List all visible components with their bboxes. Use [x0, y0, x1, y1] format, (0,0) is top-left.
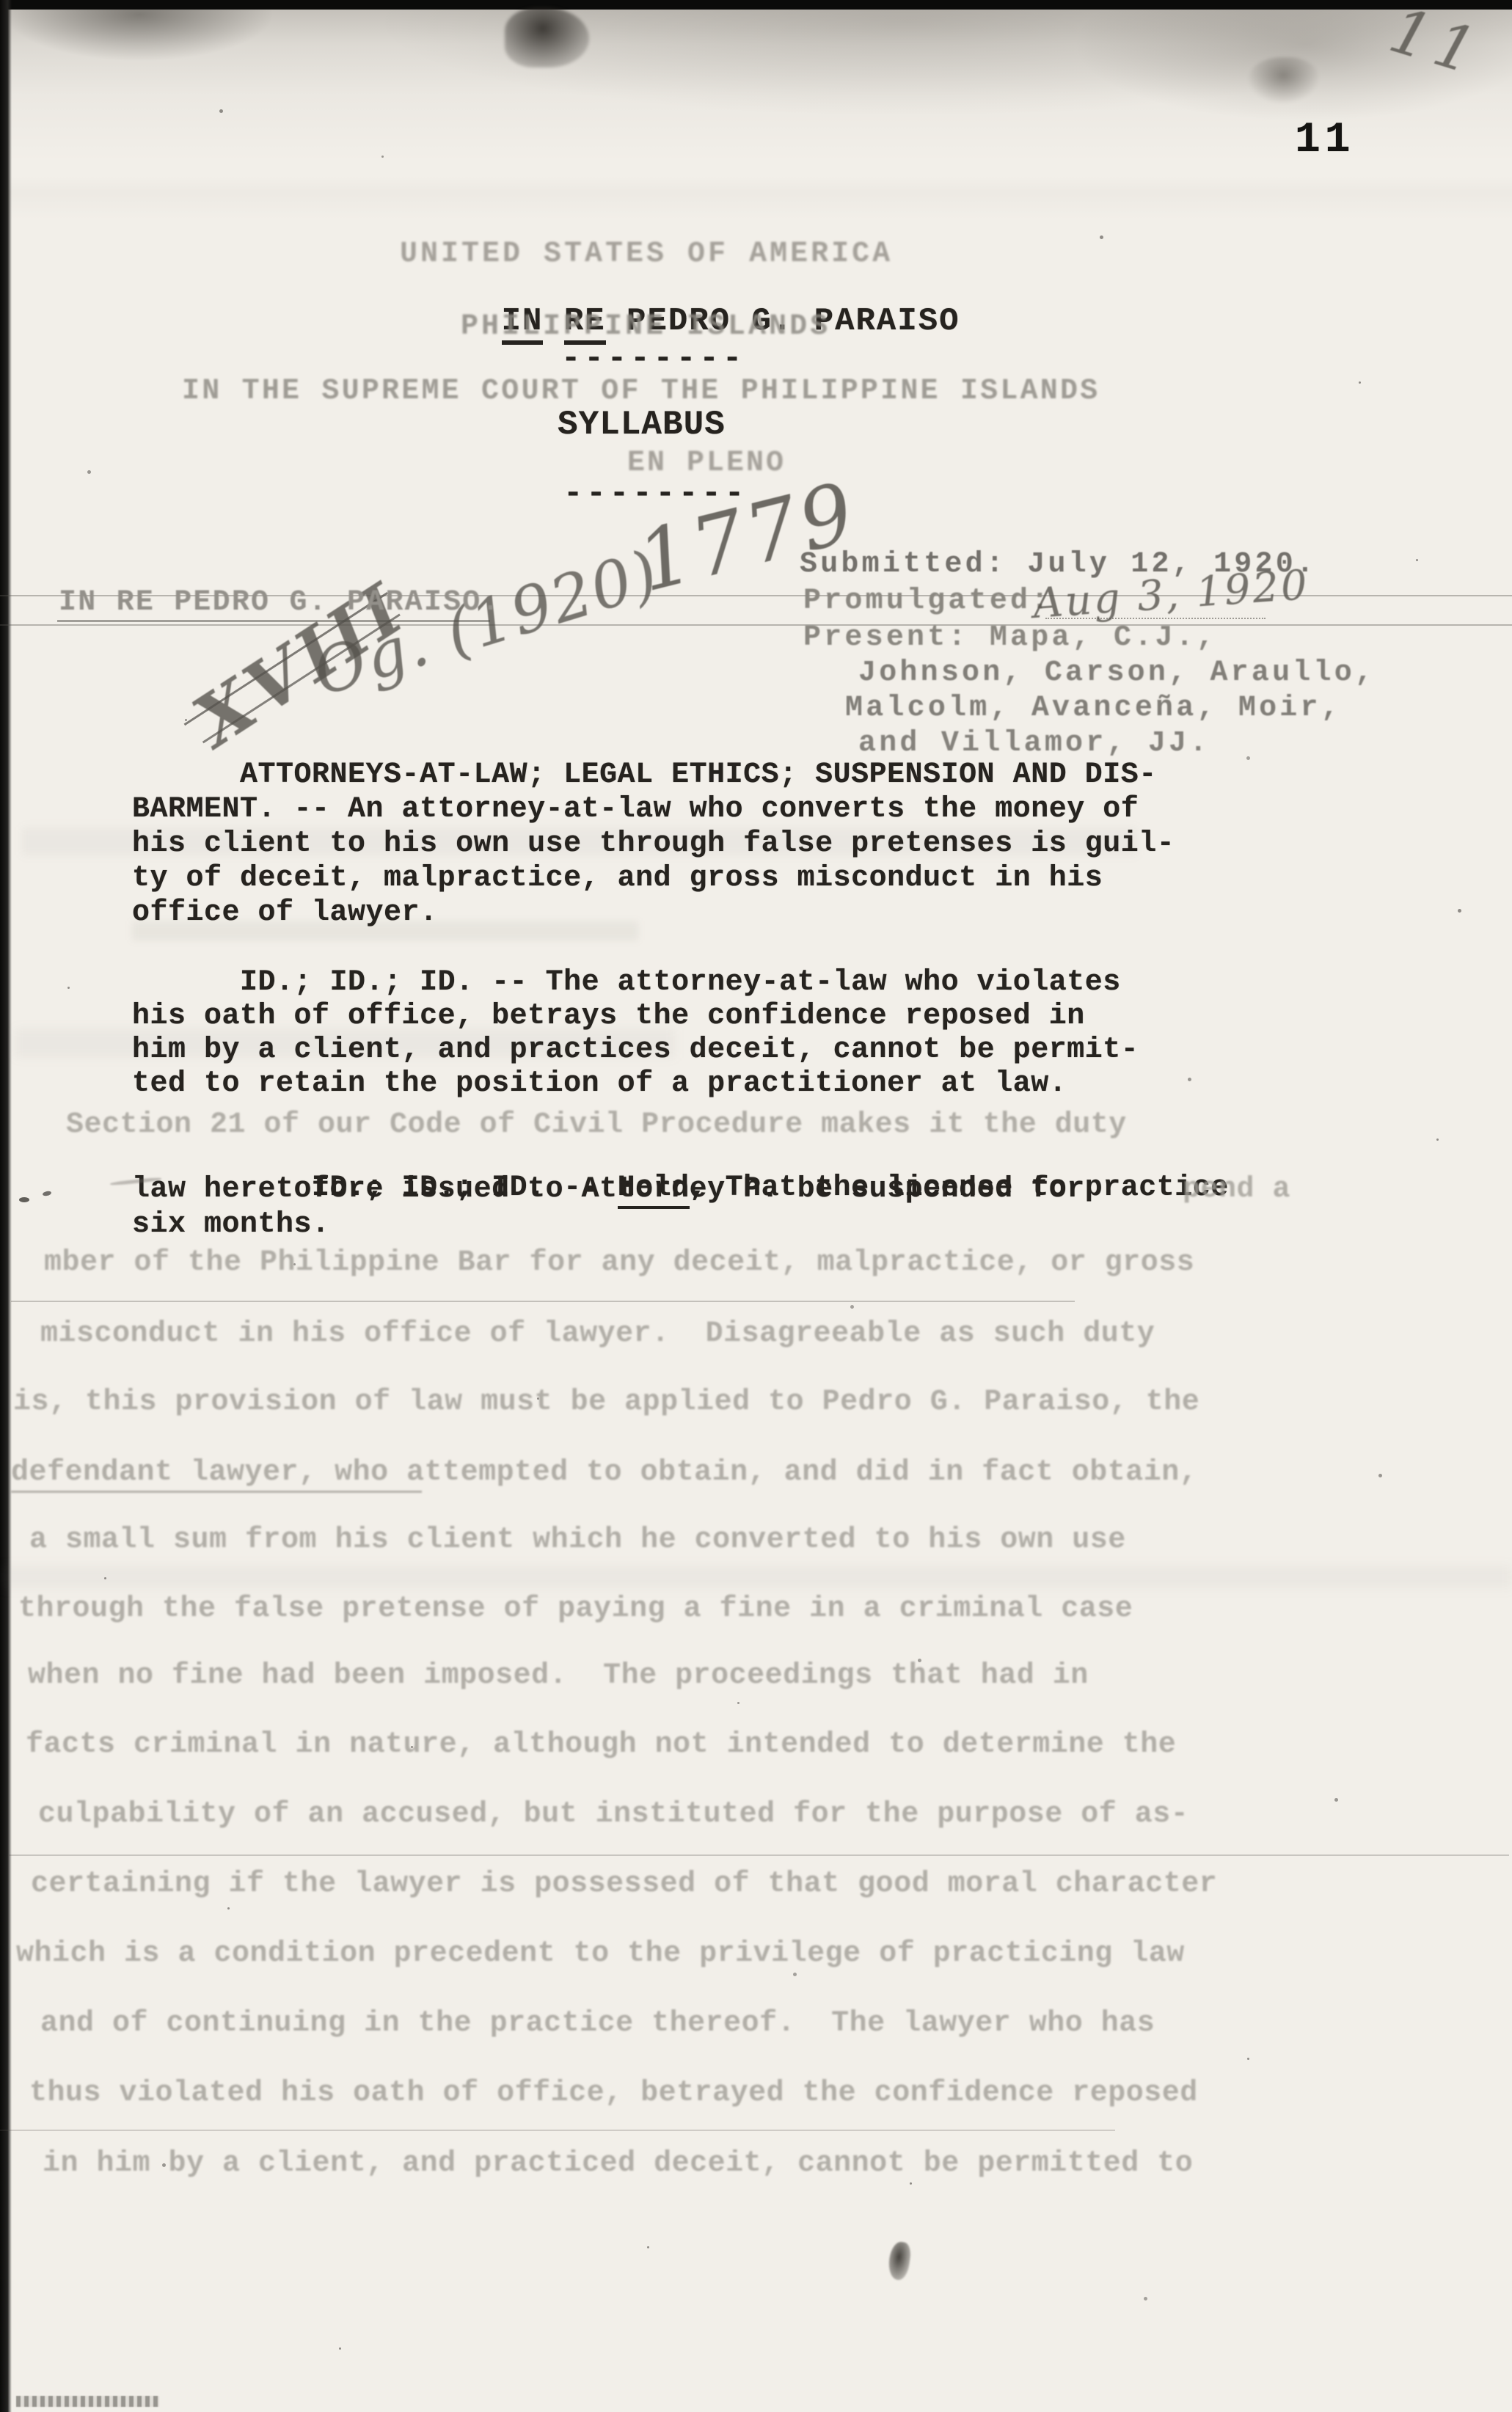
scan-line — [11, 1301, 1075, 1302]
faint-body-line: Section 21 of our Code of Civil Procedur… — [66, 1109, 1127, 1141]
scanned-document-page: 11 11 UNITED STATES OF AMERICA IN RE PED… — [0, 0, 1512, 2412]
scan-top-border — [0, 0, 1512, 10]
faint-body-line: misconduct in his office of lawyer. Disa… — [40, 1318, 1155, 1351]
syllabus-line: his oath of office, betrays the confiden… — [132, 999, 1085, 1034]
faint-body-line: a small sum from his client which he con… — [29, 1524, 1126, 1557]
caption-present-line: Malcolm, Avanceña, Moir, — [845, 692, 1342, 725]
syllabus-line: him by a client, and practices deceit, c… — [132, 1033, 1139, 1067]
handwritten-corner-number: 11 — [1381, 0, 1490, 89]
caption-present-line: Present: Mapa, C.J., — [803, 622, 1217, 654]
header-rule-1: -------- — [561, 342, 745, 376]
paper-specks — [0, 0, 2, 2]
faint-body-line: defendant lawyer, who attempted to obtai… — [11, 1457, 1197, 1489]
syllabus-line: six months. — [132, 1207, 330, 1242]
syllabus-line: ATTORNEYS-AT-LAW; LEGAL ETHICS; SUSPENSI… — [132, 758, 1157, 792]
margin-mark — [43, 1191, 52, 1196]
faint-body-line: pend a — [1183, 1174, 1290, 1206]
header-doc-type: SYLLABUS — [558, 408, 726, 442]
top-center-ink-blob — [505, 7, 589, 67]
syllabus-line: law heretofore issued to Attorney P. be … — [132, 1172, 1085, 1207]
faint-body-line: facts criminal in nature, although not i… — [26, 1729, 1176, 1761]
faint-body-line: thus violated his oath of office, betray… — [29, 2077, 1198, 2110]
top-right-smudge — [1249, 57, 1318, 103]
caption-case-name: IN RE PEDRO G. PARAISO. — [59, 587, 501, 619]
scan-line — [0, 2130, 1115, 2131]
margin-mark — [19, 1197, 29, 1202]
faint-body-line: culpability of an accused, but institute… — [38, 1799, 1188, 1831]
faint-body-line: and of continuing in the practice thereo… — [40, 2008, 1155, 2040]
faint-underline — [11, 1491, 422, 1493]
scan-line — [9, 1854, 1509, 1856]
header-country: UNITED STATES OF AMERICA — [400, 238, 893, 271]
syllabus-line: ty of deceit, malpractice, and gross mis… — [132, 861, 1103, 896]
faint-body-line: certaining if the lawyer is possessed of… — [31, 1868, 1217, 1901]
header-islands: PHILIPPINE ISLANDS — [461, 311, 830, 343]
syllabus-line: his client to his own use through false … — [132, 827, 1175, 861]
syllabus-line: ID.; ID.; ID. -- The attorney-at-law who… — [132, 965, 1121, 1000]
faint-body-line: when no fine had been imposed. The proce… — [28, 1660, 1089, 1692]
faint-body-line: is, this provision of law must be applie… — [13, 1386, 1199, 1419]
syllabus-line: BARMENT. -- An attorney-at-law who conve… — [132, 792, 1139, 827]
film-edge-smudge — [16, 2396, 159, 2407]
faint-body-line: which is a condition precedent to the pr… — [16, 1938, 1185, 1970]
caption-present-line: and Villamor, JJ. — [858, 728, 1210, 760]
scan-left-border — [0, 0, 12, 2412]
syllabus-line: ted to retain the position of a practiti… — [132, 1067, 1067, 1101]
header-court: IN THE SUPREME COURT OF THE PHILIPPINE I… — [182, 376, 1100, 408]
faint-body-line: through the false pretense of paying a f… — [18, 1593, 1133, 1626]
paper-band — [0, 1566, 1512, 1588]
caption-promulgated-label: Promulgated: — [803, 585, 1051, 618]
ink-blot — [887, 2240, 913, 2281]
caption-underline — [57, 620, 490, 622]
faint-body-line: mber of the Philippine Bar for any decei… — [44, 1247, 1194, 1279]
faint-body-line: in him by a client, and practiced deceit… — [43, 2148, 1193, 2180]
scan-line — [0, 624, 1512, 626]
page-number: 11 — [1295, 123, 1355, 158]
caption-present-line: Johnson, Carson, Araullo, — [858, 657, 1376, 690]
syllabus-line: office of lawyer. — [132, 896, 438, 930]
